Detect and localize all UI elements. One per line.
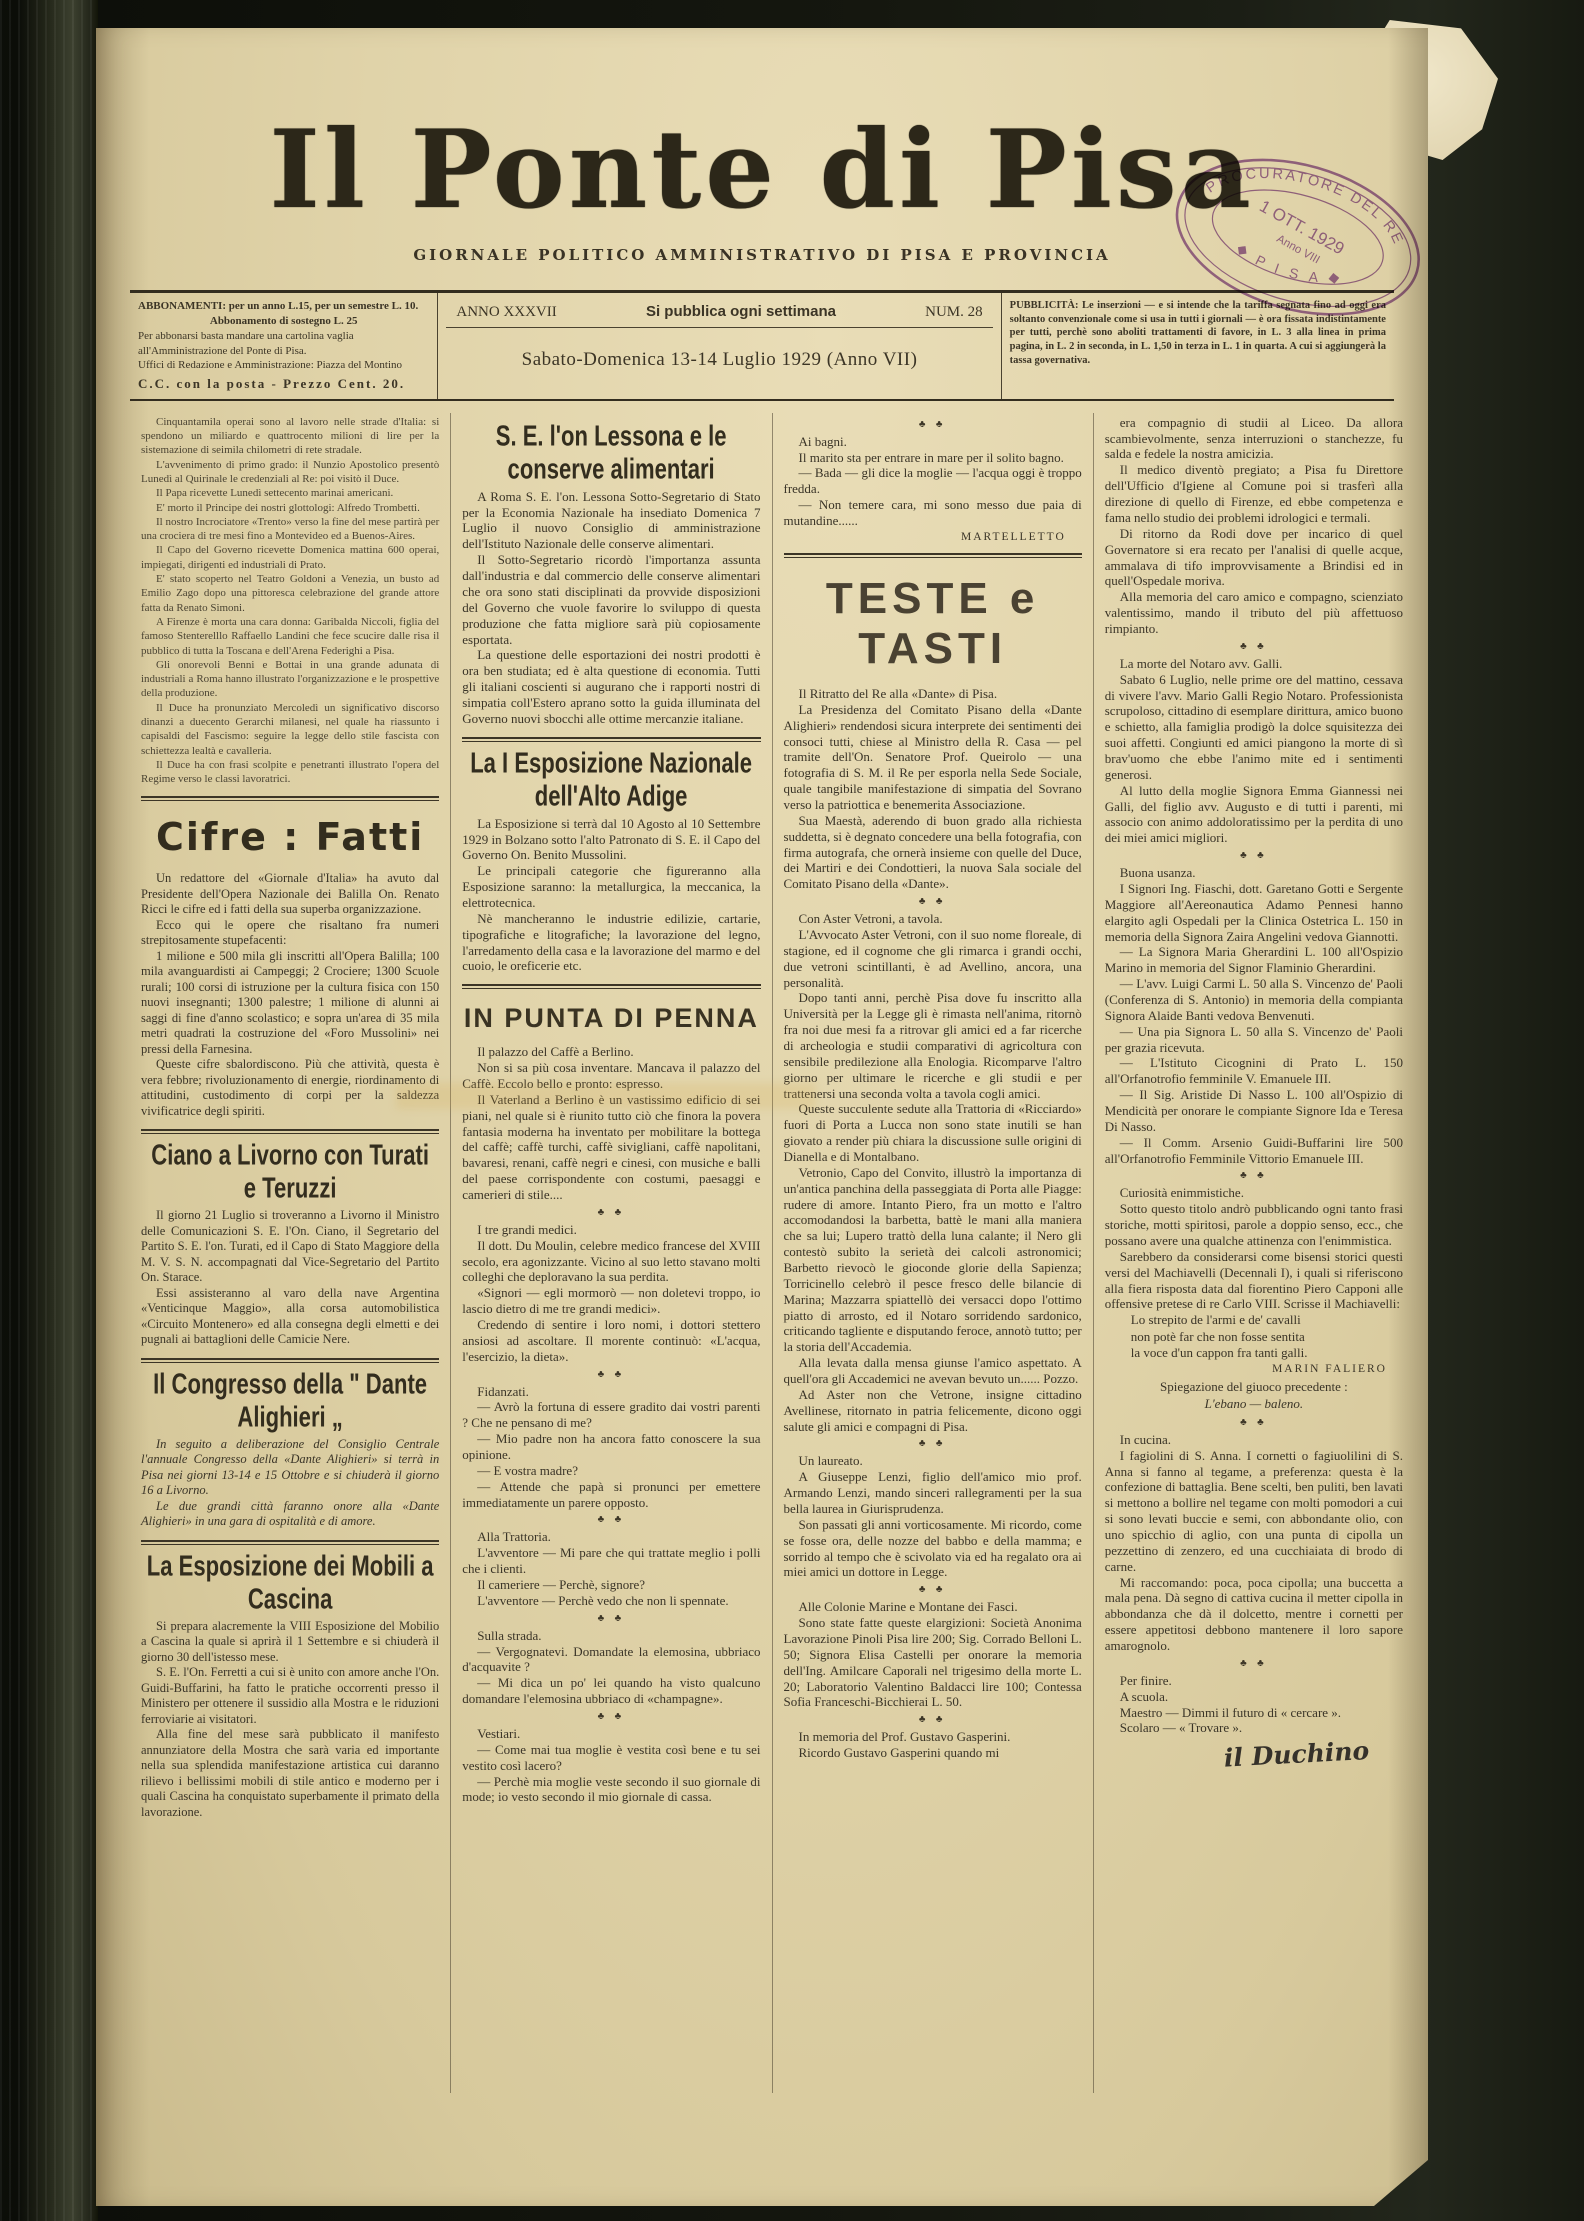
article-paragraph: Alla memoria del caro amico e compagno, … (1105, 589, 1403, 637)
article-paragraph: Il dott. Du Moulin, celebre medico franc… (462, 1238, 760, 1286)
section-separator-icon: ♣ ♣ (784, 1714, 1082, 1725)
article-paragraph: A Roma S. E. l'on. Lessona Sotto-Segreta… (462, 489, 760, 552)
article-paragraph: Alla Trattoria. (462, 1529, 760, 1545)
handwritten-signature: il Duchino (1104, 1735, 1403, 1780)
article-paragraph: S. E. l'On. Ferretti a cui si è unito co… (141, 1665, 439, 1727)
article-paragraph: Alle Colonie Marine e Montane dei Fasci. (784, 1599, 1082, 1615)
article-paragraph: L'Avvocato Aster Vetroni, con il suo nom… (784, 927, 1082, 990)
article-paragraph: Fidanzati. (462, 1384, 760, 1400)
article-paragraph: Son passati gli anni vorticosamente. Mi … (784, 1517, 1082, 1580)
article-paragraph: — Mi dica un po' lei quando ha visto qua… (462, 1675, 760, 1707)
article-paragraph: Ricordo Gustavo Gasperini quando mi (784, 1745, 1082, 1761)
article-paragraph: Alla levata dalla mensa giunse l'amico a… (784, 1355, 1082, 1387)
article-paragraph: — Come mai tua moglie è vestita così ben… (462, 1742, 760, 1774)
issue-number: NUM. 28 (925, 304, 983, 321)
subscription-line: ABBONAMENTI: per un anno L.15, per un se… (138, 299, 429, 314)
news-brief-item: Gli onorevoli Benni e Bottai in una gran… (141, 658, 439, 701)
article-paragraph: Il cameriere — Perchè, signore? (462, 1577, 760, 1593)
article-paragraph: Queste cifre sbalordiscono. Più che atti… (141, 1057, 439, 1119)
section-headline: TESTE e TASTI (784, 574, 1082, 674)
newspaper-column-1: Cinquantamila operai sono al lavoro nell… (130, 413, 450, 2093)
article-paragraph: Mi raccomando: poca, poca cipolla; una b… (1105, 1575, 1403, 1654)
article-paragraph: — Avrò la fortuna di essere gradito dai … (462, 1399, 760, 1431)
article-paragraph-italic: In seguito a deliberazione del Consiglio… (141, 1437, 439, 1499)
article-paragraph: I Signori Ing. Fiaschi, dott. Garetano G… (1105, 881, 1403, 944)
article-paragraph: Il Ritratto del Re alla «Dante» di Pisa. (784, 686, 1082, 702)
article-headline: La I Esposizione Nazionale dell'Alto Adi… (465, 746, 757, 813)
subscription-line: Per abbonarsi basta mandare una cartolin… (138, 329, 429, 359)
article-paragraph: Al lutto della moglie Signora Emma Giann… (1105, 783, 1403, 846)
article-paragraph: Dopo tanti anni, perchè Pisa dove fu ins… (784, 990, 1082, 1101)
article-paragraph: In cucina. (1105, 1432, 1403, 1448)
article-paragraph: Sono state fatte queste elargizioni: Soc… (784, 1615, 1082, 1710)
article-paragraph: Il giorno 21 Luglio si troveranno a Livo… (141, 1208, 439, 1286)
newspaper-column-3: ♣ ♣Ai bagni.Il marito sta per entrare in… (772, 413, 1093, 2093)
article-divider (462, 984, 760, 989)
article-paragraph: La Presidenza del Comitato Pisano della … (784, 702, 1082, 813)
article-paragraph: — Vergognatevi. Domandate la elemosina, … (462, 1644, 760, 1676)
section-headline: IN PUNTA DI PENNA (462, 1003, 760, 1034)
article-paragraph: Nè mancheranno le industrie edilizie, ca… (462, 911, 760, 974)
article-paragraph: — Il Sig. Aristide Di Nasso L. 100 all'O… (1105, 1087, 1403, 1135)
article-columns: Cinquantamila operai sono al lavoro nell… (130, 413, 1414, 2093)
section-separator-icon: ♣ ♣ (462, 1613, 760, 1624)
article-paragraph: I fagiolini di S. Anna. I cornetti o fag… (1105, 1448, 1403, 1575)
article-paragraph: Ad Aster non che Vetrone, insigne cittad… (784, 1387, 1082, 1435)
issue-date: Sabato-Domenica 13-14 Luglio 1929 (Anno … (446, 328, 992, 393)
article-paragraph: Vetronio, Capo del Convito, illustrò la … (784, 1165, 1082, 1355)
centered-note: Spiegazione del giuoco precedente : (1105, 1379, 1403, 1396)
article-headline: La Esposizione dei Mobili a Cascina (144, 1550, 436, 1617)
section-separator-icon: ♣ ♣ (1105, 641, 1403, 652)
centered-note: L'ebano — baleno. (1105, 1396, 1403, 1413)
article-paragraph: Buona usanza. (1105, 865, 1403, 881)
poem-line: la voce d'un cappon fra tanti galli. (1131, 1345, 1403, 1361)
article-paragraph: Credendo di sentire i loro nomi, i dotto… (462, 1317, 760, 1365)
article-paragraph: Sulla strada. (462, 1628, 760, 1644)
article-paragraph: Con Aster Vetroni, a tavola. (784, 911, 1082, 927)
article-paragraph: Sabato 6 Luglio, nelle prime ore del mat… (1105, 672, 1403, 783)
article-paragraph: Ecco qui le opere che risaltano fra nume… (141, 918, 439, 949)
section-separator-icon: ♣ ♣ (1105, 1658, 1403, 1669)
subscription-line: Abbonamento di sostegno L. 25 (138, 314, 429, 329)
news-brief-item: E' stato scoperto nel Teatro Goldoni a V… (141, 572, 439, 615)
article-paragraph: Curiosità enimmistiche. (1105, 1185, 1403, 1201)
article-paragraph: L'avventore — Mi pare che qui trattate m… (462, 1545, 760, 1577)
news-brief-item: Il Duce ha con frasi scolpite e penetran… (141, 758, 439, 787)
author-signature: Martelletto (784, 531, 1082, 543)
news-brief-item: Il nostro Incrociatore «Trento» verso la… (141, 515, 439, 544)
section-separator-icon: ♣ ♣ (1105, 850, 1403, 861)
section-separator-icon: ♣ ♣ (462, 1207, 760, 1218)
article-paragraph: A Giuseppe Lenzi, figlio dell'amico mio … (784, 1469, 1082, 1517)
news-brief-item: Il Duce ha pronunziato Mercoledì un sign… (141, 701, 439, 758)
newspaper-column-2: S. E. l'on Lessona e le conserve aliment… (450, 413, 771, 2093)
article-paragraph: Il marito sta per entrare in mare per il… (784, 450, 1082, 466)
paper-stain (396, 1083, 816, 1109)
article-paragraph: Un redattore del «Giornale d'Italia» ha … (141, 871, 439, 918)
article-paragraph: era compagnio di studii al Liceo. Da all… (1105, 415, 1403, 463)
article-paragraph: «Signori — egli mormorò — non doletevi t… (462, 1285, 760, 1317)
article-paragraph: I tre grandi medici. (462, 1222, 760, 1238)
author-signature: Marin Faliero (1105, 1363, 1403, 1375)
article-paragraph: — Attende che papà si pronunci per emett… (462, 1479, 760, 1511)
section-separator-icon: ♣ ♣ (462, 1711, 760, 1722)
section-separator-icon: ♣ ♣ (462, 1514, 760, 1525)
article-paragraph: Maestro — Dimmi il futuro di « cercare »… (1105, 1705, 1403, 1721)
section-separator-icon: ♣ ♣ (462, 1369, 760, 1380)
section-separator-icon: ♣ ♣ (1105, 1417, 1403, 1428)
section-separator-icon: ♣ ♣ (784, 896, 1082, 907)
article-paragraph: Sua Maestà, aderendo di buon grado alla … (784, 813, 1082, 892)
poem-verse: Lo strepito de l'armi e de' cavallinon p… (1105, 1312, 1403, 1361)
article-paragraph: Queste succulente sedute alla Trattoria … (784, 1101, 1082, 1164)
subscription-info: ABBONAMENTI: per un anno L.15, per un se… (130, 293, 438, 399)
article-paragraph: L'avventore — Perchè vedo che non li spe… (462, 1593, 760, 1609)
article-divider (141, 1540, 439, 1545)
newspaper-column-4: era compagnio di studii al Liceo. Da all… (1093, 413, 1414, 2093)
news-brief-item: Il Papa ricevette Lunedì settecento mari… (141, 486, 439, 500)
article-paragraph-italic: Le due grandi città faranno onore alla «… (141, 1499, 439, 1530)
issue-year: ANNO XXXVII (456, 304, 556, 321)
article-divider (141, 1129, 439, 1134)
frequency-note: Si pubblica ogni settimana (646, 303, 836, 320)
article-divider (141, 796, 439, 801)
article-paragraph: Vestiari. (462, 1726, 760, 1742)
article-divider (462, 737, 760, 742)
newspaper-page: Il Ponte di Pisa GIORNALE POLITICO AMMIN… (96, 28, 1428, 2206)
article-paragraph: Scolaro — « Trovare ». (1105, 1720, 1403, 1736)
article-divider (784, 553, 1082, 558)
article-paragraph: — Una pia Signora L. 50 alla S. Vincenzo… (1105, 1024, 1403, 1056)
article-paragraph: La morte del Notaro avv. Galli. (1105, 656, 1403, 672)
article-paragraph: Per finire. (1105, 1673, 1403, 1689)
article-paragraph: Sotto questo titolo andrò pubblicando og… (1105, 1201, 1403, 1249)
issue-number-block: ANNO XXXVII Si pubblica ogni settimana N… (438, 293, 1000, 399)
article-paragraph: Le principali categorie che figureranno … (462, 863, 760, 911)
anno-row: ANNO XXXVII Si pubblica ogni settimana N… (446, 299, 992, 327)
article-paragraph: — La Signora Maria Gherardini L. 100 all… (1105, 944, 1403, 976)
article-paragraph: Sarebbero da considerarsi come bisensi s… (1105, 1249, 1403, 1312)
article-paragraph: — Il Comm. Arsenio Guidi-Buffarini lire … (1105, 1135, 1403, 1167)
article-paragraph: Alla fine del mese sarà pubblicato il ma… (141, 1727, 439, 1820)
article-paragraph: 1 milione e 500 mila gli inscritti all'O… (141, 949, 439, 1058)
poem-line: Lo strepito de l'armi e de' cavalli (1131, 1312, 1403, 1328)
news-brief-item: E' morto il Principe dei nostri glottolo… (141, 501, 439, 515)
price-line: C.C. con la posta - Prezzo Cent. 20. (138, 375, 429, 393)
article-paragraph: Il Sotto-Segretario ricordò l'importanza… (462, 552, 760, 647)
section-separator-icon: ♣ ♣ (784, 1438, 1082, 1449)
article-paragraph: — L'Istituto Cicognini di Prato L. 150 a… (1105, 1055, 1403, 1087)
article-paragraph: Un laureato. (784, 1453, 1082, 1469)
article-paragraph: Il palazzo del Caffè a Berlino. (462, 1044, 760, 1060)
article-paragraph: Ai bagni. (784, 434, 1082, 450)
article-headline: Ciano a Livorno con Turati e Teruzzi (144, 1139, 436, 1206)
article-divider (141, 1358, 439, 1363)
subscription-line: Uffici di Redazione e Amministrazione: P… (138, 358, 429, 373)
article-paragraph: — Mio padre non ha ancora fatto conoscer… (462, 1431, 760, 1463)
article-paragraph: — E vostra madre? (462, 1463, 760, 1479)
article-headline: Il Congresso della " Dante Alighieri „ (144, 1368, 436, 1435)
article-paragraph: Di ritorno da Rodi dove per incarico di … (1105, 526, 1403, 589)
article-paragraph: La Esposizione si terrà dal 10 Agosto al… (462, 816, 760, 864)
poem-line: non potè far che non fosse sentita (1131, 1329, 1403, 1345)
section-separator-icon: ♣ ♣ (784, 419, 1082, 430)
article-paragraph: Il medico diventò pregiato; a Pisa fu Di… (1105, 462, 1403, 525)
article-paragraph: — Bada — gli dice la moglie — l'acqua og… (784, 465, 1082, 497)
article-headline: Cifre : Fatti (141, 815, 439, 859)
article-paragraph: — Non temere cara, mi sono messo due pai… (784, 497, 1082, 529)
section-separator-icon: ♣ ♣ (784, 1584, 1082, 1595)
news-brief-item: Cinquantamila operai sono al lavoro nell… (141, 415, 439, 458)
book-binding (0, 0, 98, 2221)
article-paragraph: Si prepara alacremente la VIII Esposizio… (141, 1619, 439, 1666)
article-paragraph: — Perchè mia moglie veste secondo il suo… (462, 1774, 760, 1806)
article-paragraph: A scuola. (1105, 1689, 1403, 1705)
news-brief-item: Il Capo del Governo ricevette Domenica m… (141, 543, 439, 572)
article-paragraph: In memoria del Prof. Gustavo Gasperini. (784, 1729, 1082, 1745)
article-paragraph: La questione delle esportazioni dei nost… (462, 647, 760, 726)
article-paragraph: — L'avv. Luigi Carmi L. 50 alla S. Vince… (1105, 976, 1403, 1024)
section-separator-icon: ♣ ♣ (1105, 1170, 1403, 1181)
article-headline: S. E. l'on Lessona e le conserve aliment… (465, 419, 757, 486)
news-brief-item: L'avvenimento di primo grado: il Nunzio … (141, 458, 439, 487)
news-brief-item: A Firenze è morta una cara donna: Gariba… (141, 615, 439, 658)
article-paragraph: Essi assisteranno al varo della nave Arg… (141, 1286, 439, 1348)
